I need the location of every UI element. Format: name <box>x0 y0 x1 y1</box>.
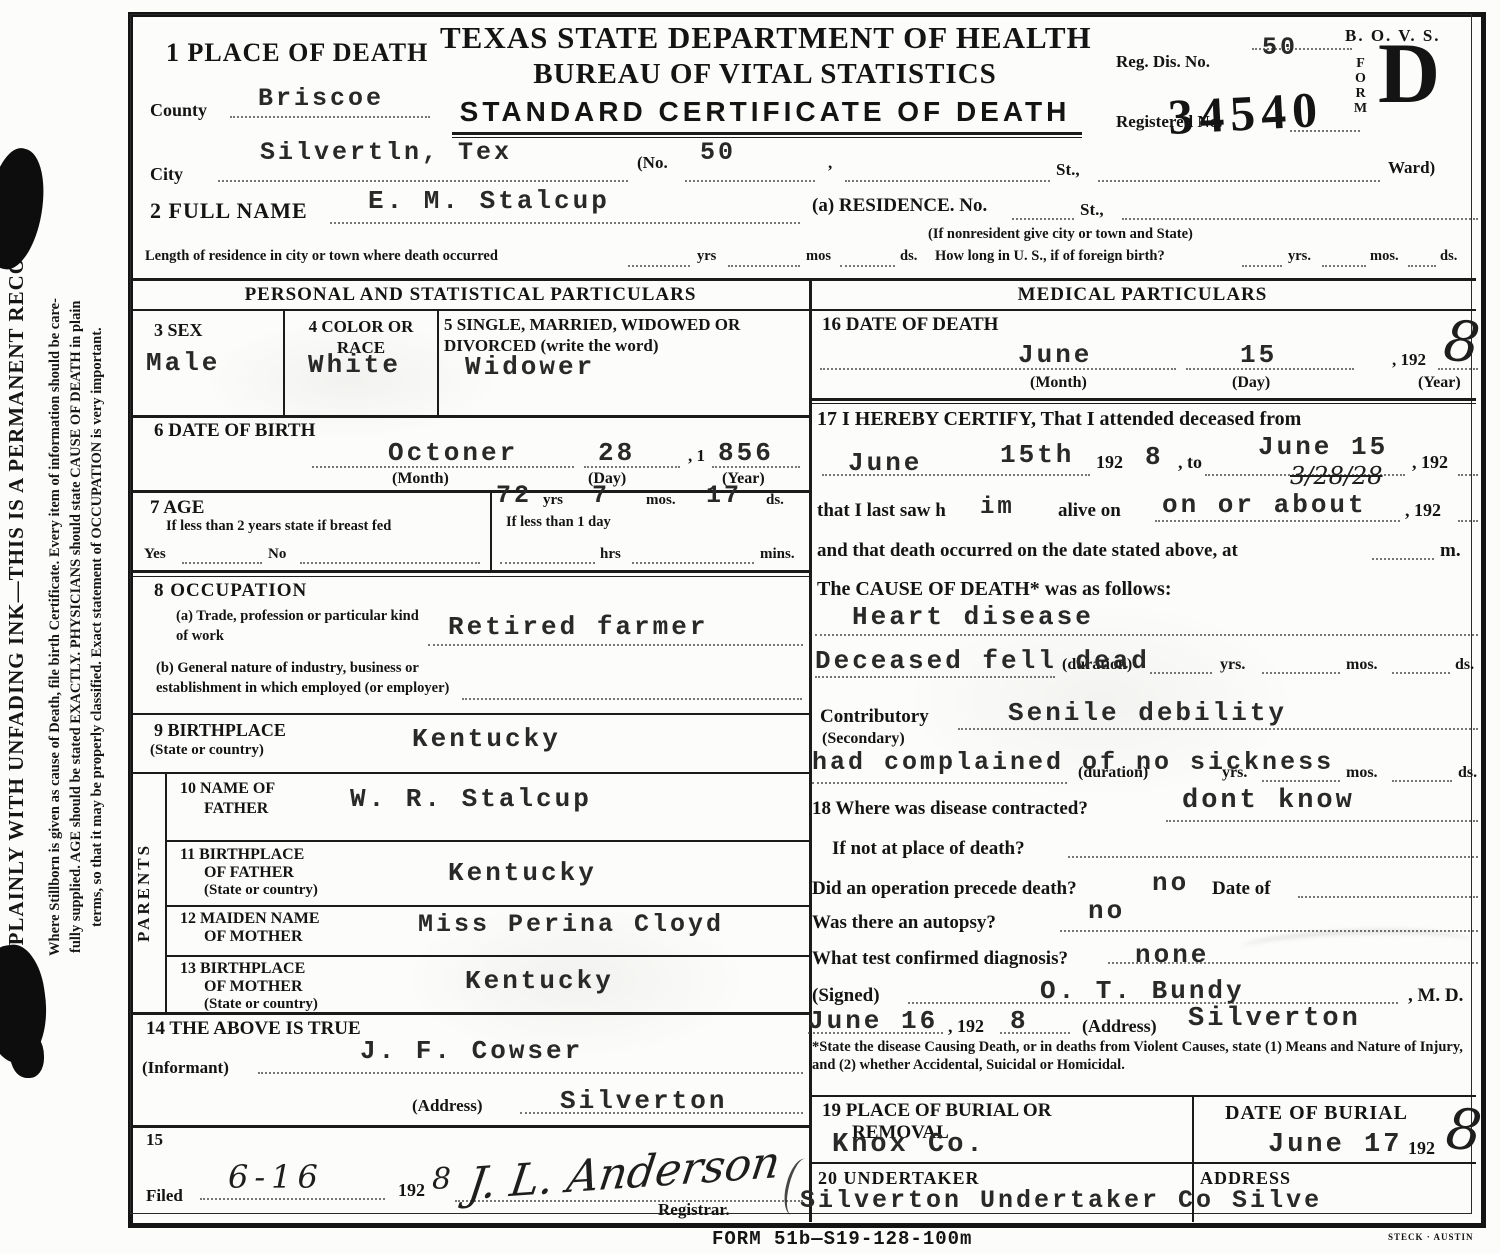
medical-section-title: MEDICAL PARTICULARS <box>809 284 1476 306</box>
fill-line <box>1458 520 1478 522</box>
parents-vertical-label: PARENTS <box>134 772 154 1012</box>
fill-line <box>1060 930 1478 932</box>
cause-footnote: *State the disease Causing Death, or in … <box>812 1038 1480 1074</box>
test-value: none <box>1135 940 1209 970</box>
form-number: FORM 51b—S19-128-100m <box>712 1228 972 1250</box>
fill-line <box>632 562 754 564</box>
occupation-b-label: (b) General nature of industry, business… <box>156 658 456 698</box>
fill-line <box>182 562 262 564</box>
contributory-label: Contributory <box>820 706 929 728</box>
father-bp-label-1: 11 BIRTHPLACE <box>180 846 304 864</box>
sign-192: , 192 <box>948 1016 984 1037</box>
fill-line <box>258 1072 803 1074</box>
not-at-place-label: If not at place of death? <box>832 838 1025 860</box>
fill-line <box>230 116 430 118</box>
attended-192: , 192 <box>1412 452 1448 473</box>
secondary-label: (Secondary) <box>822 730 905 748</box>
fill-line <box>1098 180 1380 182</box>
margin-note-line3: fully supplied. AGE should be stated EXA… <box>68 0 85 1254</box>
title-underline-thin <box>452 137 1082 138</box>
breast-fed-label: If less than 2 years state if breast fed <box>166 518 391 535</box>
county-value: Briscoe <box>258 84 384 113</box>
fill-line <box>845 180 1050 182</box>
operation-date-of-label: Date of <box>1212 878 1271 900</box>
divider <box>132 713 809 715</box>
attended-to-corrected-hand: 3/28/28 <box>1290 462 1383 490</box>
autopsy-value: no <box>1088 896 1125 926</box>
burial-year-hand: 8 <box>1443 1097 1484 1165</box>
fill-line <box>728 265 800 267</box>
divider <box>809 398 1476 401</box>
death-occurred-label: and that death occurred on the date stat… <box>817 540 1238 562</box>
divider-thin <box>132 576 809 577</box>
informant-address-value: Silverton <box>560 1086 727 1116</box>
marital-label: 5 SINGLE, MARRIED, WIDOWED OR DIVORCED (… <box>444 314 804 356</box>
form-title: STANDARD CERTIFICATE OF DEATH <box>440 96 1090 128</box>
fill-line <box>1372 558 1434 560</box>
fill-line <box>815 634 1478 636</box>
fill-line <box>958 728 1478 730</box>
parents-divider <box>165 772 167 1012</box>
registered-no-stamp: 34540 <box>1167 80 1325 146</box>
above-true-label: 14 THE ABOVE IS TRUE <box>146 1018 361 1040</box>
fill-line <box>1392 780 1452 782</box>
ds2-label: ds. <box>1440 248 1457 265</box>
age-days-value: 17 <box>706 481 742 510</box>
fill-line <box>462 698 802 700</box>
less-than-day-label: If less than 1 day <box>506 514 611 531</box>
how-long-us-label: How long in U. S., if of foreign birth? <box>935 248 1165 265</box>
father-name-label-1: 10 NAME OF <box>180 780 275 798</box>
fill-line <box>685 180 815 182</box>
yrs-label: yrs <box>697 248 716 265</box>
contributory-value: Senile debility <box>1008 698 1287 728</box>
burial-date-value: June 17 <box>1268 1130 1402 1160</box>
duration2-mos-label: mos. <box>1346 764 1378 782</box>
fill-line <box>812 782 1067 784</box>
fill-line <box>628 265 690 267</box>
informant-value: J. F. Cowser <box>360 1036 583 1066</box>
age-years-value: 72 <box>496 481 532 510</box>
fill-line <box>1242 265 1282 267</box>
fill-line <box>820 368 1176 370</box>
alive-on-label: alive on <box>1058 500 1121 522</box>
attended-to-value: June 15 <box>1258 432 1388 462</box>
age-mos-label: mos. <box>646 492 676 509</box>
fill-line <box>428 644 803 646</box>
ward-label: Ward) <box>1388 158 1435 178</box>
reg-dis-label: Reg. Dis. No. <box>1116 52 1210 72</box>
dod-month-label: (Month) <box>1030 374 1087 392</box>
divider <box>165 955 809 957</box>
q18-label: 18 Where was disease contracted? <box>812 798 1088 820</box>
fill-line <box>1262 780 1340 782</box>
mother-bp-state-label: (State or country) <box>204 996 318 1013</box>
personal-section-title: PERSONAL AND STATISTICAL PARTICULARS <box>132 284 809 306</box>
fill-line <box>218 180 628 182</box>
informant-label: (Informant) <box>142 1058 229 1078</box>
last-saw-label: that I last saw h <box>817 500 946 522</box>
occupation-a-value: Retired farmer <box>448 612 708 642</box>
death-certificate-scan: WRITE PLAINLY WITH UNFADING INK—THIS IS … <box>0 0 1500 1254</box>
fill-line <box>500 562 595 564</box>
divider <box>165 840 809 842</box>
divider-thin <box>809 403 1476 404</box>
father-bp-state-label: (State or country) <box>204 882 318 899</box>
ds-label: ds. <box>900 248 917 265</box>
burial-place-label-1: 19 PLACE OF BURIAL OR <box>822 1100 1051 1122</box>
ink-blot <box>10 1030 44 1078</box>
cause-value-line1: Heart disease <box>852 602 1094 632</box>
fill-line <box>1155 520 1400 522</box>
fill-line <box>1068 856 1478 858</box>
dod-year-label: (Year) <box>1418 374 1461 392</box>
form-word-vertical: FORM <box>1352 56 1368 116</box>
form-letter-d: D <box>1378 30 1440 116</box>
filed-date-hand: 6-16 <box>228 1158 324 1196</box>
duration-ds-label: ds. <box>1455 656 1474 674</box>
sign-year-value: 8 <box>1010 1006 1029 1036</box>
margin-note-line2: Where Stillborn is given as cause of Dea… <box>47 0 64 1254</box>
hrs-label: hrs <box>600 546 621 563</box>
bureau-name: BUREAU OF VITAL STATISTICS <box>440 58 1090 91</box>
marital-value: Widower <box>465 352 595 382</box>
attended-from-192: 192 <box>1096 452 1123 473</box>
birthplace-state-label: (State or country) <box>150 742 264 759</box>
q18-value: dont know <box>1182 786 1355 816</box>
age-label: 7 AGE <box>150 497 204 519</box>
sex-value: Male <box>146 348 220 378</box>
full-name-label: 2 FULL NAME <box>150 198 308 224</box>
comma-separator: , <box>828 153 832 173</box>
sex-label: 3 SEX <box>154 320 203 341</box>
fill-line <box>330 222 800 224</box>
age-months-value: 7 <box>592 481 610 510</box>
county-label: County <box>150 100 207 121</box>
birthplace-value: Kentucky <box>412 724 561 754</box>
alive-on-192: , 192 <box>1405 500 1441 521</box>
item15-label: 15 <box>146 1130 163 1150</box>
test-label: What test confirmed diagnosis? <box>812 948 1068 970</box>
color-race-value: White <box>308 350 401 380</box>
duration-yrs-label: yrs. <box>1220 656 1245 674</box>
signed-value: O. T. Bundy <box>1040 976 1245 1006</box>
house-no-label: (No. <box>637 153 668 173</box>
dob-month-value: Octoner <box>388 438 518 468</box>
autopsy-label: Was there an autopsy? <box>812 912 996 934</box>
dod-day-value: 15 <box>1240 340 1277 370</box>
cause-heading: The CAUSE OF DEATH* was as follows: <box>817 578 1171 601</box>
last-saw-typed: im <box>980 494 1015 521</box>
reg-dis-value: 50 <box>1262 33 1298 62</box>
father-name-value: W. R. Stalcup <box>350 784 592 814</box>
divider <box>165 905 809 907</box>
fill-line <box>815 676 1055 678</box>
dob-month-label: (Month) <box>392 470 449 488</box>
duration-mos-label: mos. <box>1346 656 1378 674</box>
cell-divider <box>437 309 439 415</box>
age-ds-label: ds. <box>766 492 784 509</box>
burial-place-value: Knox Co. <box>832 1130 986 1160</box>
burial-date-label: DATE OF BURIAL <box>1225 1102 1408 1125</box>
fill-line <box>300 562 480 564</box>
undertaker-value: Silverton Undertaker Co Silve <box>800 1186 1322 1215</box>
fill-line <box>1166 820 1478 822</box>
occupation-label: 8 OCCUPATION <box>154 580 307 602</box>
dob-label: 6 DATE OF BIRTH <box>154 420 315 442</box>
filed-year-printed: 192 <box>398 1180 425 1201</box>
city-label: City <box>150 164 183 185</box>
divider <box>132 415 809 418</box>
fill-line <box>200 1198 385 1200</box>
residence-st-label: St., <box>1080 200 1104 220</box>
duration2-ds-label: ds. <box>1458 764 1477 782</box>
mother-bp-value: Kentucky <box>465 966 614 996</box>
fill-line <box>1262 672 1340 674</box>
attended-from-month: June <box>848 448 922 478</box>
burial-192: 192 <box>1408 1138 1435 1159</box>
city-value: Silvertln, Tex <box>260 138 512 167</box>
divider <box>809 1162 1476 1164</box>
mother-bp-label-1: 13 BIRTHPLACE <box>180 960 305 978</box>
house-no-value: 50 <box>700 138 736 167</box>
operation-value: no <box>1152 868 1189 898</box>
sign-date-value: June 16 <box>808 1006 938 1036</box>
alive-on-value: on or about <box>1162 490 1367 520</box>
dod-day-label: (Day) <box>1232 374 1270 392</box>
informant-address-label: (Address) <box>412 1096 483 1116</box>
no-label: No <box>268 546 286 563</box>
printer-mark: STECK · AUSTIN <box>1388 1232 1474 1242</box>
fill-line <box>840 265 895 267</box>
place-of-death-label: 1 PLACE OF DEATH <box>166 38 428 68</box>
mother-bp-label-2: OF MOTHER <box>204 978 303 996</box>
date-of-death-label: 16 DATE OF DEATH <box>822 314 998 336</box>
sign-address-label: (Address) <box>1082 1016 1157 1037</box>
cause-value-line2: Deceased fell dead <box>815 646 1150 676</box>
dob-day-value: 28 <box>598 438 635 468</box>
m-label: m. <box>1440 540 1461 562</box>
length-residence-label: Length of residence in city or town wher… <box>145 248 498 265</box>
filed-label: Filed <box>146 1186 183 1206</box>
cell-divider <box>283 309 285 415</box>
age-yrs-label: yrs <box>543 492 563 509</box>
yrs2-label: yrs. <box>1288 248 1311 265</box>
father-bp-label-2: OF FATHER <box>204 864 294 882</box>
sign-address-value: Silverton <box>1188 1004 1361 1034</box>
mos2-label: mos. <box>1370 248 1399 265</box>
divider <box>132 772 809 774</box>
fill-line <box>1150 672 1212 674</box>
mos-label: mos <box>806 248 831 265</box>
agency-name: TEXAS STATE DEPARTMENT OF HEALTH <box>440 20 1090 56</box>
fill-line <box>1408 265 1436 267</box>
fill-line <box>1458 474 1478 476</box>
divider <box>132 278 1476 281</box>
father-name-label-2: FATHER <box>204 800 268 818</box>
attended-from-year: 8 <box>1145 442 1164 472</box>
divider <box>132 570 809 573</box>
father-bp-value: Kentucky <box>448 858 597 888</box>
dod-month-value: June <box>1018 340 1092 370</box>
yes-label: Yes <box>144 546 166 563</box>
to-label: , to <box>1178 452 1202 473</box>
fill-line <box>1122 218 1478 220</box>
ink-blot <box>6 205 36 245</box>
fill-line <box>1012 218 1074 220</box>
mother-name-value: Miss Perina Cloyd <box>418 910 724 939</box>
fill-line <box>1298 896 1478 898</box>
registrar-label: Registrar. <box>658 1200 730 1220</box>
divider <box>809 1095 1476 1097</box>
md-label: , M. D. <box>1408 985 1463 1007</box>
title-underline <box>452 132 1082 135</box>
full-name-value: E. M. Stalcup <box>368 186 610 216</box>
occupation-a-label: (a) Trade, profession or particular kind… <box>176 606 426 646</box>
attended-from-day: 15th <box>1000 440 1074 470</box>
dod-year-printed: , 192 <box>1392 350 1426 370</box>
mins-label: mins. <box>760 546 795 563</box>
contributory-line2-value: had complained of no sickness <box>812 748 1334 777</box>
residence-label: (a) RESIDENCE. No. <box>812 195 987 217</box>
operation-label: Did an operation precede death? <box>812 878 1077 900</box>
dob-year-value: 856 <box>718 438 774 468</box>
signed-label: (Signed) <box>812 985 880 1007</box>
dob-year-printed: , 1 <box>688 446 705 466</box>
filed-year-hand: 8 <box>432 1162 451 1197</box>
st-label: St., <box>1056 160 1080 180</box>
divider <box>132 1125 809 1128</box>
residence-note: (If nonresident give city or town and St… <box>928 226 1193 243</box>
margin-note-line4: terms, so that it may be properly classi… <box>89 0 106 1254</box>
mother-name-label-1: 12 MAIDEN NAME <box>180 910 320 928</box>
divider <box>132 309 1476 311</box>
certify-label: 17 I HEREBY CERTIFY, That I attended dec… <box>817 408 1301 431</box>
birthplace-label: 9 BIRTHPLACE <box>154 720 286 741</box>
dod-year-hand: 8 <box>1441 308 1483 376</box>
fill-line <box>1322 265 1366 267</box>
cell-divider <box>490 490 492 570</box>
mother-name-label-2: OF MOTHER <box>204 928 303 946</box>
fill-line <box>1392 672 1450 674</box>
